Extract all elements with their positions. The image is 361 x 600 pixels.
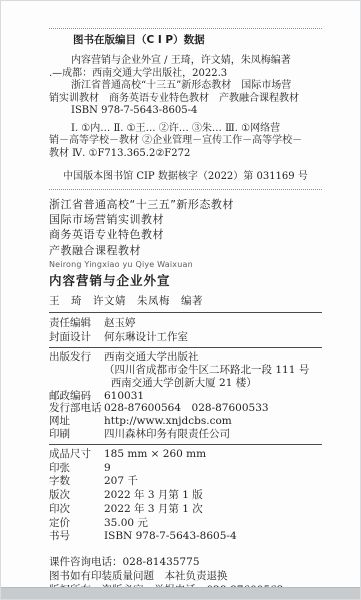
info-row-size: 成品尺寸 185 mm × 260 mm [49, 448, 322, 462]
info-label [49, 364, 104, 377]
info-label: 印次 [49, 503, 104, 517]
info-group-printing: 成品尺寸 185 mm × 260 mm 印张 9 字数 207 千 版次 20… [49, 445, 322, 548]
title-block: 浙江省普通高校“十三五”新形态教材 国际市场营销实训教材 商务英语专业特色教材 … [49, 197, 322, 309]
info-value: ISBN 978-7-5643-8605-4 [104, 530, 322, 544]
info-label: 网址 [49, 415, 104, 428]
series-title-4: 产教融合课程教材 [49, 243, 322, 258]
note-courseware-phone: 课件咨询电话：028-81435775 [49, 556, 322, 570]
info-row-postcode: 邮政编码 610031 [49, 390, 322, 403]
info-row-cover-design: 封面设计 何东琳设计工作室 [49, 330, 322, 344]
info-value: （四川省成都市金牛区二环路北一段 111 号 [104, 364, 322, 377]
info-value: 何东琳设计工作室 [104, 330, 322, 344]
cip-record-number: 中国版本图书馆 CIP 数据核字（2022）第 031169 号 [49, 171, 322, 184]
info-label: 书号 [49, 530, 104, 544]
info-value: 9 [104, 462, 322, 476]
cip-series-line-1: 浙江省普通高校“十三五”新形态教材 国际市场营 [49, 80, 322, 93]
cip-classification-line-3: 教材 Ⅳ. ①F713.365.2②F272 [49, 148, 322, 161]
info-value: 四川森林印务有限责任公司 [104, 428, 322, 441]
info-value: 028-87600564 028-87600533 [104, 402, 322, 415]
info-row-address-line-1: （四川省成都市金牛区二环路北一段 111 号 [49, 364, 322, 377]
info-row-editor: 责任编辑 赵玉婷 [49, 316, 322, 330]
info-label [49, 377, 104, 390]
info-value: 西南交通大学创新大厦 21 楼） [104, 377, 322, 390]
info-label: 邮政编码 [49, 390, 104, 403]
info-label: 定价 [49, 517, 104, 531]
info-label: 出版发行 [49, 351, 104, 364]
info-row-distribution-phone: 发行部电话 028-87600564 028-87600533 [49, 402, 322, 415]
info-row-website: 网址 http://www.xnjdcbs.com [49, 415, 322, 428]
authors-line: 王 琦 许文婧 朱凤梅 编著 [49, 293, 322, 308]
cip-series-line-2: 销实训教材 商务英语专业特色教材 产教融合课程教材 [49, 93, 322, 106]
info-value: 185 mm × 260 mm [104, 448, 322, 462]
info-value: 35.00 元 [104, 517, 322, 531]
info-row-sheets: 印张 9 [49, 462, 322, 476]
info-row-word-count: 字数 207 千 [49, 475, 322, 489]
cip-classification-line-2: 销－高等学校－教材 ②企业管理－宣传工作－高等学校－ [49, 135, 322, 148]
info-value: 2022 年 3 月第 1 版 [104, 489, 322, 503]
info-group-editors: 责任编辑 赵玉婷 封面设计 何东琳设计工作室 [49, 313, 322, 347]
info-row-impression: 印次 2022 年 3 月第 1 次 [49, 503, 322, 517]
info-row-price: 定价 35.00 元 [49, 517, 322, 531]
info-value: 西南交通大学出版社 [104, 351, 322, 364]
series-title-1: 浙江省普通高校“十三五”新形态教材 [49, 197, 322, 212]
book-copyright-page: 图书在版编目（C I P）数据 内容营销与企业外宣 / 王琦，许文婧，朱凤梅编著… [0, 0, 361, 600]
series-title-3: 商务英语专业特色教材 [49, 227, 322, 242]
info-label: 印张 [49, 462, 104, 476]
info-row-printer: 印刷 四川森林印务有限责任公司 [49, 428, 322, 441]
info-row-edition: 版次 2022 年 3 月第 1 版 [49, 489, 322, 503]
series-title-2: 国际市场营销实训教材 [49, 212, 322, 227]
cip-isbn-line: ISBN 978-7-5643-8605-4 [49, 105, 322, 118]
info-label: 成品尺寸 [49, 448, 104, 462]
info-row-publisher: 出版发行 西南交通大学出版社 [49, 351, 322, 364]
info-label: 封面设计 [49, 330, 104, 344]
info-group-publishing: 出版发行 西南交通大学出版社 （四川省成都市金牛区二环路北一段 111 号 西南… [49, 348, 322, 444]
cip-data-block: 图书在版编目（C I P）数据 内容营销与企业外宣 / 王琦，许文婧，朱凤梅编著… [49, 28, 322, 190]
info-value: 赵玉婷 [104, 316, 322, 330]
cip-record-line-2: .—成都：西南交通大学出版社，2022.3 [49, 68, 322, 81]
info-value: 2022 年 3 月第 1 次 [104, 503, 322, 517]
book-title: 内容营销与企业外宣 [49, 271, 322, 289]
info-row-address-line-2: 西南交通大学创新大厦 21 楼） [49, 377, 322, 390]
info-row-isbn: 书号 ISBN 978-7-5643-8605-4 [49, 530, 322, 544]
cip-heading: 图书在版编目（C I P）数据 [73, 34, 322, 47]
cip-classification-line-1: Ⅰ. ①内… Ⅱ. ①王… ②许… ③朱… Ⅲ. ①网络营 [49, 123, 322, 136]
info-value: 610031 [104, 390, 322, 403]
note-quality-returns: 图书如有印装质量问题 本社负责退换 [49, 570, 322, 584]
info-label: 责任编辑 [49, 316, 104, 330]
scan-edge-strip [1, 587, 360, 599]
info-label: 版次 [49, 489, 104, 503]
info-value: http://www.xnjdcbs.com [104, 415, 322, 428]
page-content: 图书在版编目（C I P）数据 内容营销与企业外宣 / 王琦，许文婧，朱凤梅编著… [1, 28, 360, 598]
info-value: 207 千 [104, 475, 322, 489]
info-label: 发行部电话 [49, 402, 104, 415]
cip-record-line-1: 内容营销与企业外宣 / 王琦，许文婧，朱凤梅编著 [49, 55, 322, 68]
title-pinyin: Neirong Yingxiao yu Qiye Waixuan [49, 260, 322, 269]
info-label: 字数 [49, 475, 104, 489]
info-label: 印刷 [49, 428, 104, 441]
